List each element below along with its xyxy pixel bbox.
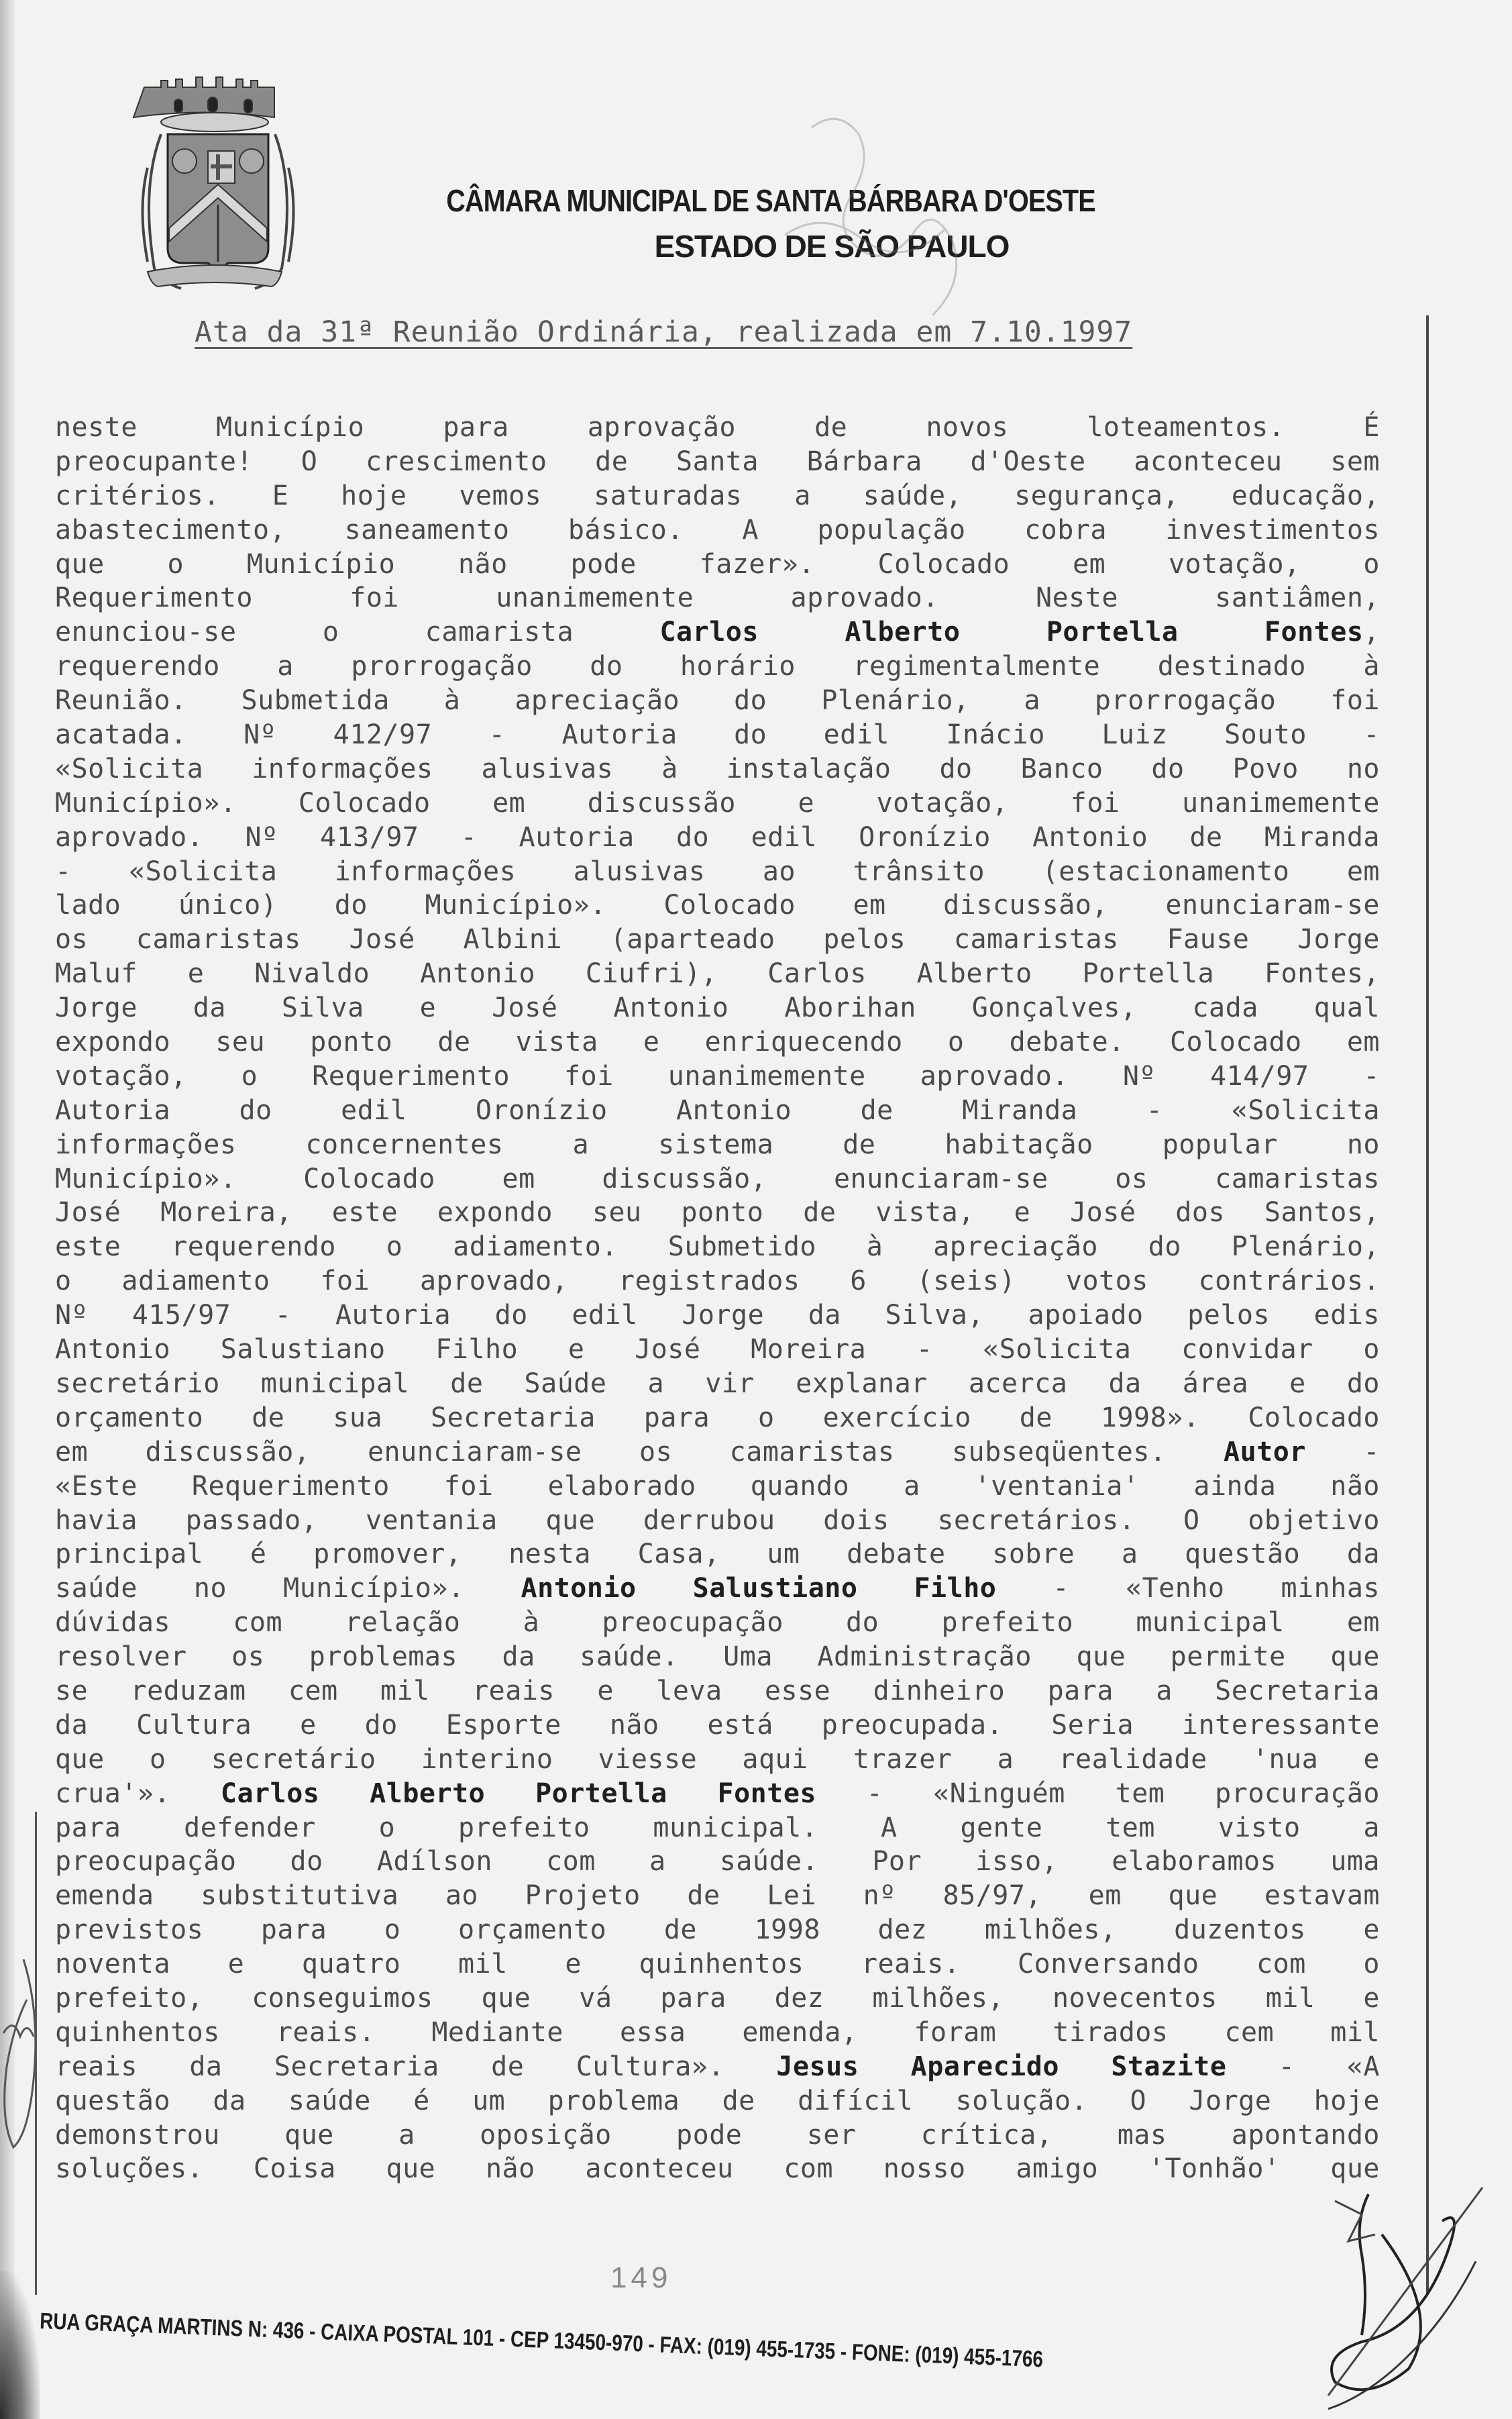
text-line: principal é promover, nesta Casa, um deb… bbox=[55, 1537, 1380, 1572]
text-segment: - «Tenho minhas bbox=[996, 1573, 1380, 1604]
minutes-heading: Ata da 31ª Reunião Ordinária, realizada … bbox=[195, 315, 1132, 349]
left-margin-rule bbox=[35, 1812, 37, 2295]
text-segment: Requerimento foi unanimemente aprovado. … bbox=[55, 582, 1380, 613]
text-segment: enunciou-se o camarista bbox=[55, 617, 659, 648]
text-segment: dúvidas com relação à preocupação do pre… bbox=[55, 1607, 1380, 1638]
text-segment: aprovado. Nº 413/97 - Autoria do edil Or… bbox=[55, 822, 1380, 853]
text-segment: requerendo a prorrogação do horário regi… bbox=[55, 651, 1380, 682]
text-line: saúde no Município». Antonio Salustiano … bbox=[55, 1572, 1380, 1606]
text-line: preocupante! O crescimento de Santa Bárb… bbox=[55, 445, 1380, 479]
text-line: soluções. Coisa que não aconteceu com no… bbox=[55, 2152, 1380, 2186]
text-line: «Solicita informações alusivas à instala… bbox=[55, 752, 1380, 786]
text-line: prefeito, conseguimos que vá para dez mi… bbox=[55, 1981, 1380, 2016]
speaker-name: Antonio Salustiano Filho bbox=[521, 1573, 997, 1604]
text-segment: , bbox=[1363, 617, 1380, 648]
text-segment: crua'». bbox=[55, 1778, 221, 1809]
text-line: da Cultura e do Esporte não está preocup… bbox=[55, 1708, 1380, 1743]
text-segment: abastecimento, saneamento básico. A popu… bbox=[55, 515, 1380, 546]
text-segment: secretário municipal de Saúde a vir expl… bbox=[55, 1368, 1380, 1399]
text-line: Maluf e Nivaldo Antonio Ciufri), Carlos … bbox=[55, 957, 1380, 991]
text-segment: para defender o prefeito municipal. A ge… bbox=[55, 1812, 1380, 1843]
text-line: havia passado, ventania que derrubou doi… bbox=[55, 1504, 1380, 1538]
text-line: previstos para o orçamento de 1998 dez m… bbox=[55, 1913, 1380, 1947]
page-corner-shadow bbox=[0, 2271, 40, 2419]
text-segment: da Cultura e do Esporte não está preocup… bbox=[55, 1710, 1380, 1741]
text-line: critérios. E hoje vemos saturadas a saúd… bbox=[55, 479, 1380, 513]
organization-subtitle: ESTADO DE SÃO PAULO bbox=[396, 228, 1268, 264]
text-segment: os camaristas José Albini (aparteado pel… bbox=[55, 924, 1380, 955]
text-line: resolver os problemas da saúde. Uma Admi… bbox=[55, 1640, 1380, 1674]
text-line: este requerendo o adiamento. Submetido à… bbox=[55, 1230, 1380, 1264]
text-segment: «Solicita informações alusivas à instala… bbox=[55, 754, 1380, 784]
speaker-name: Autor bbox=[1224, 1437, 1306, 1468]
text-segment: Reunião. Submetida à apreciação do Plená… bbox=[55, 685, 1380, 716]
text-line: em discussão, enunciaram-se os camarista… bbox=[55, 1435, 1380, 1470]
text-segment: orçamento de sua Secretaria para o exerc… bbox=[55, 1402, 1380, 1433]
minutes-body: neste Município para aprovação de novos … bbox=[55, 411, 1380, 2186]
text-line: orçamento de sua Secretaria para o exerc… bbox=[55, 1401, 1380, 1435]
text-segment: neste Município para aprovação de novos … bbox=[55, 412, 1380, 443]
text-line: abastecimento, saneamento básico. A popu… bbox=[55, 513, 1380, 548]
text-segment: - «Solicita informações alusivas ao trân… bbox=[55, 856, 1380, 887]
text-line: «Este Requerimento foi elaborado quando … bbox=[55, 1470, 1380, 1504]
text-line: crua'». Carlos Alberto Portella Fontes -… bbox=[55, 1777, 1380, 1811]
text-segment: havia passado, ventania que derrubou doi… bbox=[55, 1505, 1380, 1536]
text-segment: - «A bbox=[1226, 2051, 1380, 2082]
text-segment: demonstrou que a oposição pode ser críti… bbox=[55, 2120, 1380, 2151]
speaker-name: Carlos Alberto Portella Fontes bbox=[659, 617, 1363, 648]
speaker-name: Carlos Alberto Portella Fontes bbox=[221, 1778, 816, 1809]
text-line: quinhentos reais. Mediante essa emenda, … bbox=[55, 2016, 1380, 2050]
text-segment: soluções. Coisa que não aconteceu com no… bbox=[55, 2153, 1380, 2184]
text-line: que o secretário interino viesse aqui tr… bbox=[55, 1743, 1380, 1777]
text-segment: José Moreira, este expondo seu ponto de … bbox=[55, 1197, 1380, 1228]
text-line: Requerimento foi unanimemente aprovado. … bbox=[55, 581, 1380, 615]
text-line: secretário municipal de Saúde a vir expl… bbox=[55, 1367, 1380, 1401]
text-segment: em discussão, enunciaram-se os camarista… bbox=[55, 1437, 1224, 1468]
text-line: o adiamento foi aprovado, registrados 6 … bbox=[55, 1264, 1380, 1298]
text-line: expondo seu ponto de vista e enriquecend… bbox=[55, 1025, 1380, 1060]
text-segment: o adiamento foi aprovado, registrados 6 … bbox=[55, 1266, 1380, 1296]
text-segment: resolver os problemas da saúde. Uma Admi… bbox=[55, 1641, 1380, 1672]
text-segment: quinhentos reais. Mediante essa emenda, … bbox=[55, 2017, 1380, 2048]
handwritten-signature-bottom-right-icon bbox=[1315, 2174, 1503, 2416]
text-line: informações concernentes a sistema de ha… bbox=[55, 1128, 1380, 1162]
text-segment: - bbox=[1306, 1437, 1380, 1468]
text-line: Autoria do edil Oronízio Antonio de Mira… bbox=[55, 1094, 1380, 1128]
text-segment: «Este Requerimento foi elaborado quando … bbox=[55, 1471, 1380, 1502]
text-segment: Autoria do edil Oronízio Antonio de Mira… bbox=[55, 1095, 1380, 1126]
text-segment: Antonio Salustiano Filho e José Moreira … bbox=[55, 1334, 1380, 1365]
text-segment: questão da saúde é um problema de difíci… bbox=[55, 2086, 1380, 2116]
text-line: se reduzam cem mil reais e leva esse din… bbox=[55, 1674, 1380, 1708]
text-line: acatada. Nº 412/97 - Autoria do edil Iná… bbox=[55, 718, 1380, 752]
page-edge-shadow bbox=[0, 0, 15, 2419]
text-segment: que o secretário interino viesse aqui tr… bbox=[55, 1744, 1380, 1775]
text-segment: informações concernentes a sistema de ha… bbox=[55, 1129, 1380, 1160]
text-segment: preocupante! O crescimento de Santa Bárb… bbox=[55, 446, 1380, 477]
text-line: - «Solicita informações alusivas ao trân… bbox=[55, 855, 1380, 889]
text-segment: emenda substitutiva ao Projeto de Lei nº… bbox=[55, 1880, 1380, 1911]
text-segment: principal é promover, nesta Casa, um deb… bbox=[55, 1539, 1380, 1569]
text-line: preocupação do Adílson com a saúde. Por … bbox=[55, 1845, 1380, 1879]
text-segment: Nº 415/97 - Autoria do edil Jorge da Sil… bbox=[55, 1300, 1380, 1331]
organization-title: CÂMARA MUNICIPAL DE SANTA BÁRBARA D'OEST… bbox=[396, 183, 1146, 219]
text-segment: Município». Colocado em discussão, enunc… bbox=[55, 1164, 1380, 1194]
text-line: demonstrou que a oposição pode ser críti… bbox=[55, 2118, 1380, 2153]
text-line: questão da saúde é um problema de difíci… bbox=[55, 2084, 1380, 2118]
text-line: para defender o prefeito municipal. A ge… bbox=[55, 1811, 1380, 1845]
speaker-name: Jesus Aparecido Stazite bbox=[776, 2051, 1226, 2082]
text-segment: reais da Secretaria de Cultura». bbox=[55, 2051, 776, 2082]
text-segment: acatada. Nº 412/97 - Autoria do edil Iná… bbox=[55, 719, 1380, 750]
text-segment: prefeito, conseguimos que vá para dez mi… bbox=[55, 1983, 1380, 2014]
text-segment: Jorge da Silva e José Antonio Aborihan G… bbox=[55, 992, 1380, 1023]
text-segment: previstos para o orçamento de 1998 dez m… bbox=[55, 1914, 1380, 1945]
text-line: José Moreira, este expondo seu ponto de … bbox=[55, 1196, 1380, 1230]
text-segment: votação, o Requerimento foi unanimemente… bbox=[55, 1061, 1380, 1092]
text-line: Antonio Salustiano Filho e José Moreira … bbox=[55, 1333, 1380, 1367]
text-line: que o Município não pode fazer». Colocad… bbox=[55, 548, 1380, 582]
text-line: Município». Colocado em discussão e vota… bbox=[55, 786, 1380, 821]
text-line: aprovado. Nº 413/97 - Autoria do edil Or… bbox=[55, 821, 1380, 855]
text-segment: saúde no Município». bbox=[55, 1573, 521, 1604]
right-margin-rule bbox=[1426, 315, 1429, 2295]
text-line: votação, o Requerimento foi unanimemente… bbox=[55, 1060, 1380, 1094]
text-segment: este requerendo o adiamento. Submetido à… bbox=[55, 1231, 1380, 1262]
footer-address: RUA GRAÇA MARTINS N: 436 - CAIXA POSTAL … bbox=[40, 2308, 1250, 2381]
text-segment: critérios. E hoje vemos saturadas a saúd… bbox=[55, 480, 1380, 511]
text-line: enunciou-se o camarista Carlos Alberto P… bbox=[55, 615, 1380, 650]
text-line: emenda substitutiva ao Projeto de Lei nº… bbox=[55, 1879, 1380, 1913]
text-line: os camaristas José Albini (aparteado pel… bbox=[55, 923, 1380, 957]
handwritten-signature-top-icon bbox=[771, 101, 973, 342]
text-segment: lado único) do Município». Colocado em d… bbox=[55, 890, 1380, 921]
text-line: Nº 415/97 - Autoria do edil Jorge da Sil… bbox=[55, 1298, 1380, 1333]
text-segment: Maluf e Nivaldo Antonio Ciufri), Carlos … bbox=[55, 958, 1380, 989]
text-line: noventa e quatro mil e quinhentos reais.… bbox=[55, 1947, 1380, 1981]
text-line: requerendo a prorrogação do horário regi… bbox=[55, 650, 1380, 684]
text-line: dúvidas com relação à preocupação do pre… bbox=[55, 1606, 1380, 1640]
text-segment: Município». Colocado em discussão e vota… bbox=[55, 788, 1380, 819]
text-segment: se reduzam cem mil reais e leva esse din… bbox=[55, 1676, 1380, 1706]
text-segment: noventa e quatro mil e quinhentos reais.… bbox=[55, 1949, 1380, 1979]
text-line: lado único) do Município». Colocado em d… bbox=[55, 888, 1380, 923]
text-line: Município». Colocado em discussão, enunc… bbox=[55, 1162, 1380, 1196]
text-line: Jorge da Silva e José Antonio Aborihan G… bbox=[55, 991, 1380, 1025]
text-segment: que o Município não pode fazer». Colocad… bbox=[55, 549, 1380, 580]
handwritten-page-number: 149 bbox=[610, 2261, 671, 2295]
text-segment: preocupação do Adílson com a saúde. Por … bbox=[55, 1846, 1380, 1877]
text-segment: expondo seu ponto de vista e enriquecend… bbox=[55, 1027, 1380, 1058]
coat-of-arms-icon bbox=[107, 60, 322, 302]
text-line: neste Município para aprovação de novos … bbox=[55, 411, 1380, 445]
text-line: reais da Secretaria de Cultura». Jesus A… bbox=[55, 2050, 1380, 2084]
text-line: Reunião. Submetida à apreciação do Plená… bbox=[55, 684, 1380, 718]
text-segment: - «Ninguém tem procuração bbox=[816, 1778, 1380, 1809]
